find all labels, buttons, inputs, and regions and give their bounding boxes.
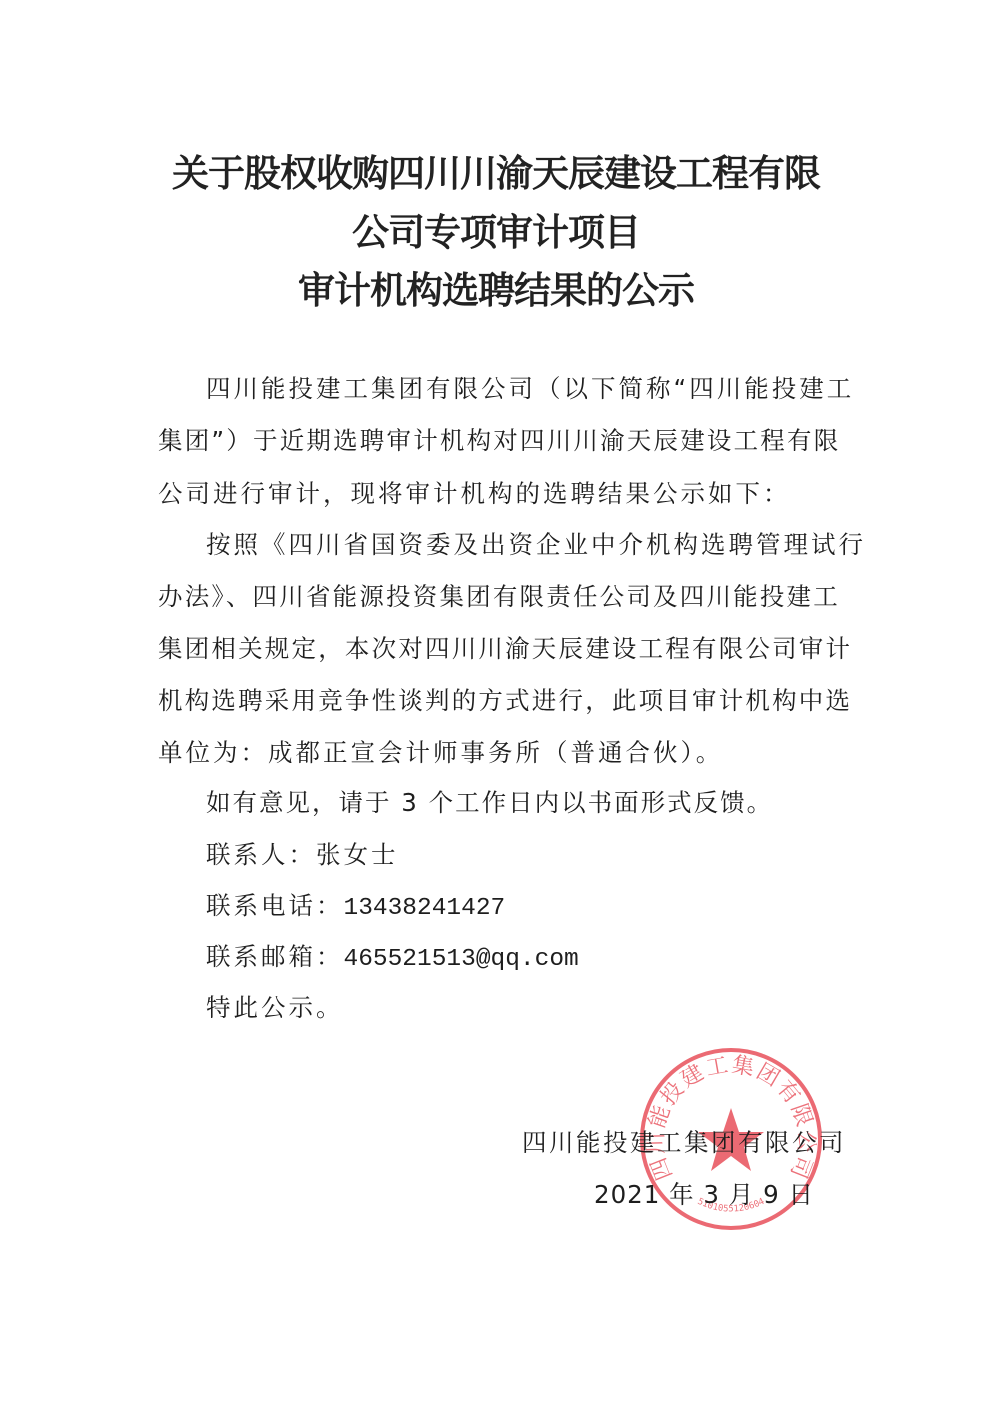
- contact-person-row: 联系人：张女士: [206, 836, 399, 871]
- signature-organization: 四川能投建工集团有限公司: [522, 1124, 846, 1159]
- paragraph-2-line-3: 集团相关规定，本次对四川川渝天辰建设工程有限公司审计: [158, 630, 852, 665]
- paragraph-1-line-1: 四川能投建工集团有限公司（以下简称“四川能投建工: [206, 370, 854, 405]
- contact-person-value: 张女士: [316, 840, 399, 869]
- paragraph-2-line-1: 按照《四川省国资委及出资企业中介机构选聘管理试行: [206, 526, 866, 561]
- paragraph-1-line-2: 集团”）于近期选聘审计机构对四川川渝天辰建设工程有限: [158, 422, 840, 457]
- email-value: 465521513@qq.com: [344, 946, 579, 973]
- document-title-line-3: 审计机构选聘结果的公示: [0, 260, 992, 314]
- feedback-note: 如有意见，请于 3 个工作日内以书面形式反馈。: [206, 784, 773, 819]
- contact-person-label: 联系人：: [206, 840, 316, 869]
- email-row: 联系邮箱：465521513@qq.com: [206, 938, 579, 973]
- email-label: 联系邮箱：: [206, 942, 344, 971]
- paragraph-1-line-3: 公司进行审计，现将审计机构的选聘结果公示如下：: [158, 475, 791, 510]
- document-title-line-2: 公司专项审计项目: [0, 202, 992, 256]
- signature-date: 2021 年 3 月 9 日: [594, 1176, 814, 1211]
- phone-row: 联系电话：13438241427: [206, 887, 505, 922]
- paragraph-2-line-5: 单位为：成都正宣会计师事务所（普通合伙）。: [158, 734, 723, 769]
- phone-label: 联系电话：: [206, 891, 344, 920]
- paragraph-2-line-2: 办法》、四川省能源投资集团有限责任公司及四川能投建工: [158, 578, 840, 613]
- closing-text: 特此公示。: [206, 989, 344, 1024]
- paragraph-2-line-4: 机构选聘采用竞争性谈判的方式进行，此项目审计机构中选: [158, 682, 852, 717]
- document-title-line-1: 关于股权收购四川川渝天辰建设工程有限: [0, 143, 992, 197]
- phone-value: 13438241427: [344, 895, 506, 922]
